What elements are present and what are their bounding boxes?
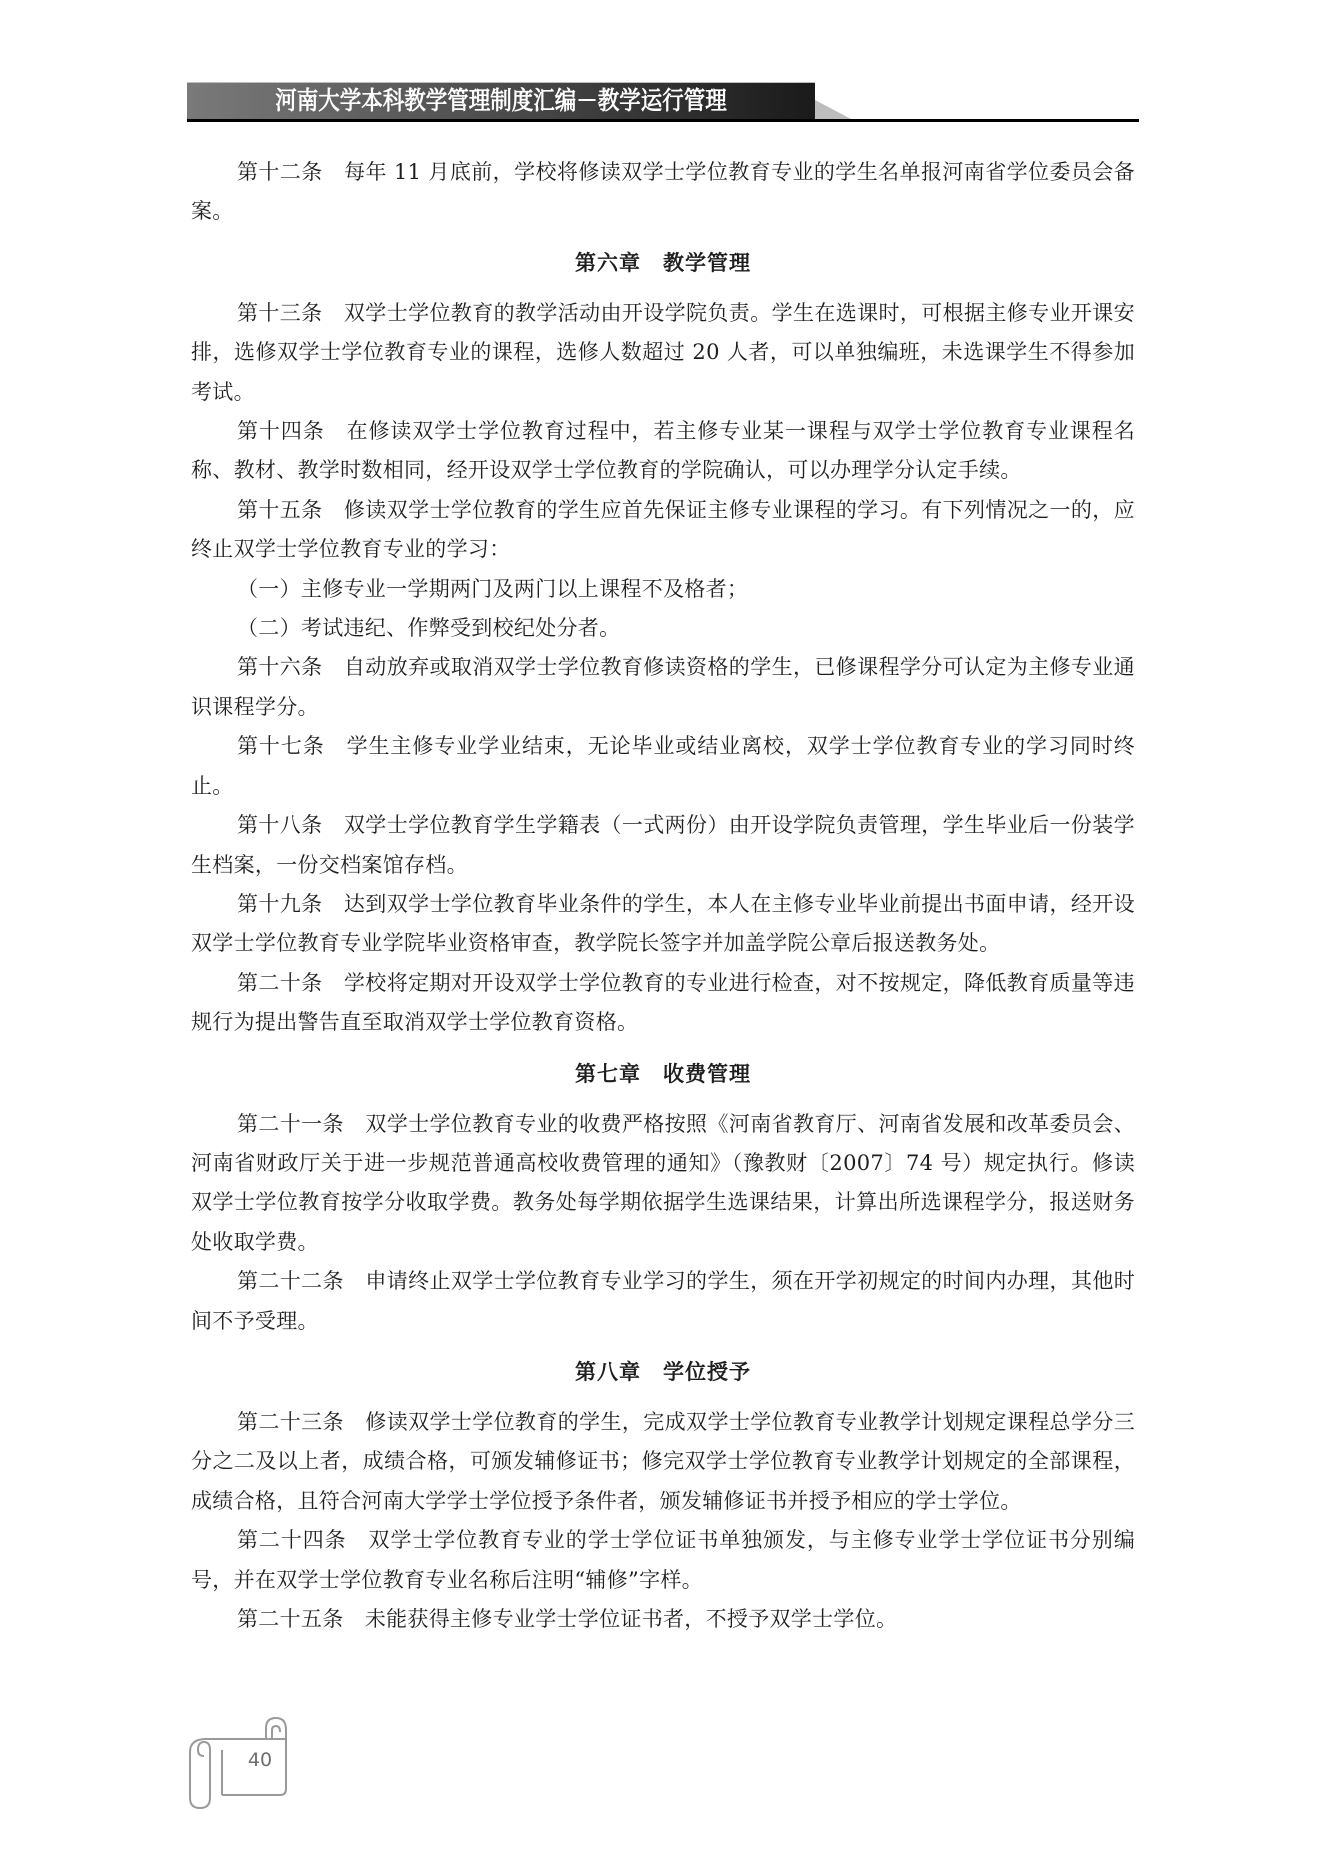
article-text: 自动放弃或取消双学士学位教育修读资格的学生，已修课程学分可认定为主修专业通识课程… [191, 655, 1135, 718]
chapter-number: 第六章 [575, 251, 641, 275]
chapter-heading-7: 第七章收费管理 [191, 1043, 1135, 1105]
article-label: 第十四条 [237, 419, 325, 443]
article-text: 未能获得主修专业学士学位证书者，不授予双学士学位。 [365, 1607, 898, 1631]
article-label: 第十八条 [237, 813, 323, 837]
article-17: 第十七条 学生主修专业学业结束，无论毕业或结业离校，双学士学位教育专业的学习同时… [191, 727, 1135, 806]
article-text: 学生主修专业学业结束，无论毕业或结业离校，双学士学位教育专业的学习同时终止。 [191, 734, 1135, 797]
article-label: 第十七条 [237, 734, 325, 758]
article-18: 第十八条 双学士学位教育学生学籍表（一式两份）由开设学院负责管理，学生毕业后一份… [191, 806, 1135, 885]
article-text: 双学士学位教育的教学活动由开设学院负责。学生在选课时，可根据主修专业开课安排，选… [191, 301, 1135, 404]
chapter-title: 学位授予 [663, 1360, 751, 1384]
article-text: 修读双学士学位教育的学生应首先保证主修专业课程的学习。有下列情况之一的，应终止双… [191, 498, 1135, 561]
article-label: 第十六条 [237, 655, 323, 679]
article-label: 第二十条 [237, 971, 323, 995]
article-label: 第二十二条 [237, 1269, 344, 1293]
article-text: 双学士学位教育学生学籍表（一式两份）由开设学院负责管理，学生毕业后一份装学生档案… [191, 813, 1135, 876]
article-label: 第十三条 [237, 301, 323, 325]
article-12: 第十二条 每年 11 月底前，学校将修读双学士学位教育专业的学生名单报河南省学位… [191, 153, 1135, 232]
article-23: 第二十三条 修读双学士学位教育的学生，完成双学士学位教育专业教学计划规定课程总学… [191, 1403, 1135, 1521]
document-body: 第十二条 每年 11 月底前，学校将修读双学士学位教育专业的学生名单报河南省学位… [191, 153, 1135, 1639]
article-label: 第十二条 [237, 160, 323, 184]
chapter-heading-8: 第八章学位授予 [191, 1341, 1135, 1403]
article-label: 第十五条 [237, 498, 323, 522]
article-19: 第十九条 达到双学士学位教育毕业条件的学生，本人在主修专业毕业前提出书面申请，经… [191, 885, 1135, 964]
article-text: 在修读双学士学位教育过程中，若主修专业某一课程与双学士学位教育专业课程名称、教材… [191, 419, 1135, 482]
running-header-title: 河南大学本科教学管理制度汇编－教学运行管理 [231, 82, 771, 119]
article-21: 第二十一条 双学士学位教育专业的收费严格按照《河南省教育厅、河南省发展和改革委员… [191, 1105, 1135, 1263]
article-label: 第十九条 [237, 892, 323, 916]
list-item-1: （一）主修专业一学期两门及两门以上课程不及格者； [191, 570, 1135, 609]
article-13: 第十三条 双学士学位教育的教学活动由开设学院负责。学生在选课时，可根据主修专业开… [191, 294, 1135, 412]
article-20: 第二十条 学校将定期对开设双学士学位教育的专业进行检查，对不按规定，降低教育质量… [191, 964, 1135, 1043]
article-16: 第十六条 自动放弃或取消双学士学位教育修读资格的学生，已修课程学分可认定为主修专… [191, 648, 1135, 727]
list-item-2: （二）考试违纪、作弊受到校纪处分者。 [191, 609, 1135, 648]
page-number: 40 [230, 1745, 290, 1775]
article-22: 第二十二条 申请终止双学士学位教育专业学习的学生，须在开学初规定的时间内办理，其… [191, 1262, 1135, 1341]
article-25: 第二十五条 未能获得主修专业学士学位证书者，不授予双学士学位。 [191, 1600, 1135, 1639]
chapter-title: 教学管理 [663, 251, 751, 275]
article-15: 第十五条 修读双学士学位教育的学生应首先保证主修专业课程的学习。有下列情况之一的… [191, 491, 1135, 570]
header-rule [187, 119, 1139, 122]
article-label: 第二十五条 [237, 1607, 344, 1631]
chapter-number: 第八章 [575, 1360, 641, 1384]
article-label: 第二十四条 [237, 1528, 347, 1552]
chapter-number: 第七章 [575, 1062, 641, 1086]
article-text: 每年 11 月底前，学校将修读双学士学位教育专业的学生名单报河南省学位委员会备案… [191, 160, 1135, 223]
chapter-heading-6: 第六章教学管理 [191, 232, 1135, 294]
chapter-title: 收费管理 [663, 1062, 751, 1086]
article-label: 第二十一条 [237, 1112, 344, 1136]
article-label: 第二十三条 [237, 1410, 344, 1434]
article-24: 第二十四条 双学士学位教育专业的学士学位证书单独颁发，与主修专业学士学位证书分别… [191, 1521, 1135, 1600]
article-text: 学校将定期对开设双学士学位教育的专业进行检查，对不按规定，降低教育质量等违规行为… [191, 971, 1135, 1034]
running-header-bar: 河南大学本科教学管理制度汇编－教学运行管理 [187, 82, 815, 119]
article-14: 第十四条 在修读双学士学位教育过程中，若主修专业某一课程与双学士学位教育专业课程… [191, 412, 1135, 491]
header-tab-decoration [815, 100, 851, 119]
article-text: 达到双学士学位教育毕业条件的学生，本人在主修专业毕业前提出书面申请，经开设双学士… [191, 892, 1135, 955]
